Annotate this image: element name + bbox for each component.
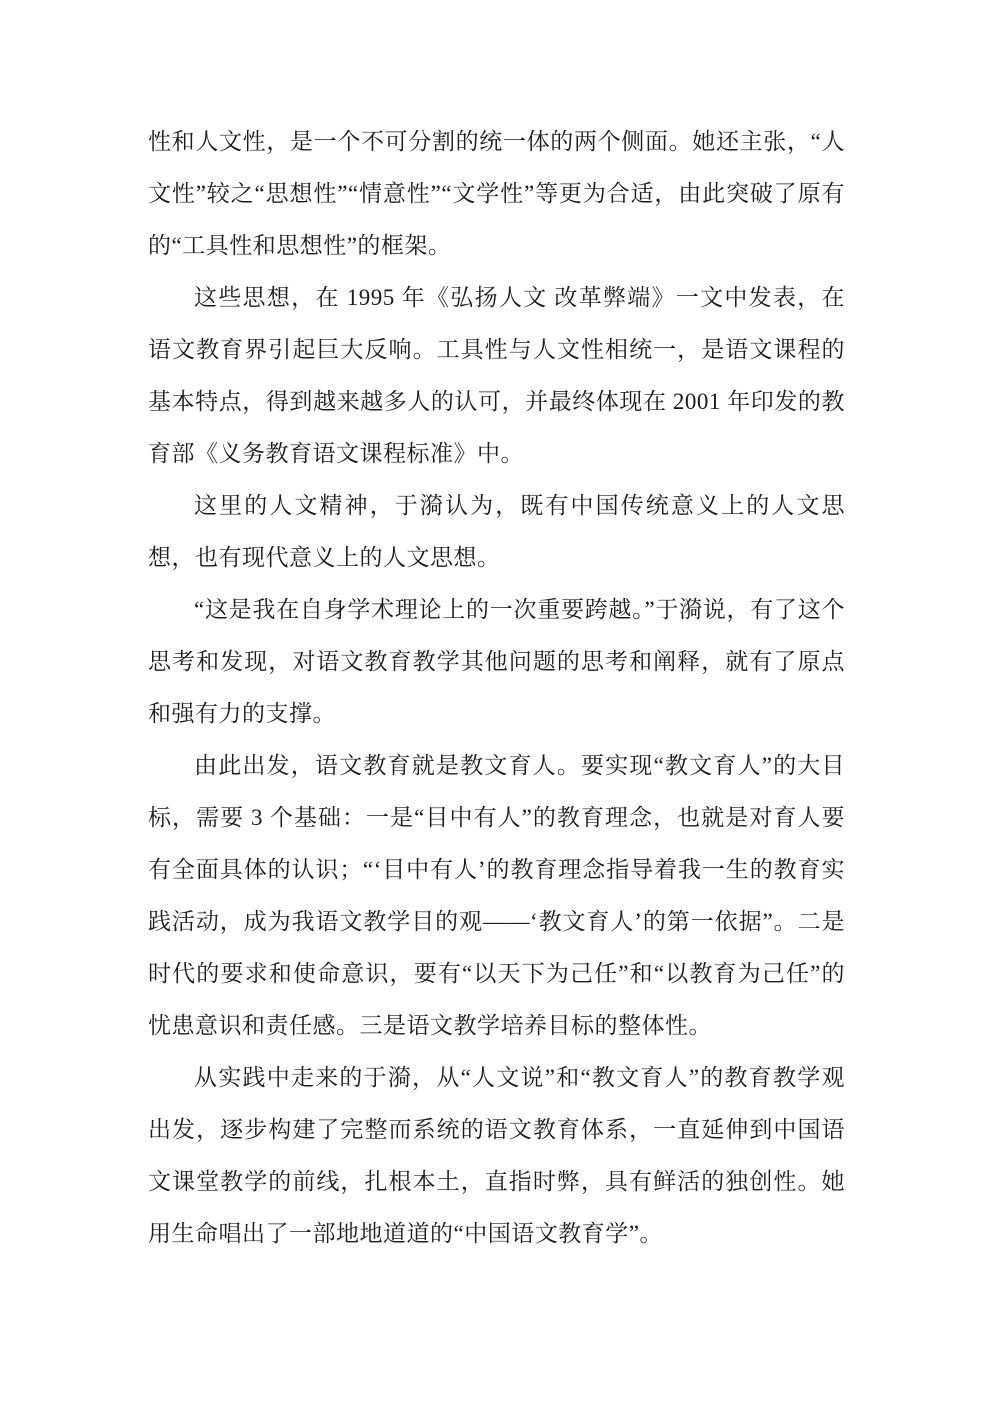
document-page: 性和人文性，是一个不可分割的统一体的两个侧面。她还主张，“人文性”较之“思想性”… bbox=[0, 0, 992, 1403]
paragraph: 这里的人文精神，于漪认为，既有中国传统意义上的人文思想，也有现代意义上的人文思想… bbox=[148, 480, 845, 584]
paragraph: 由此出发，语文教育就是教文育人。要实现“教文育人”的大目标，需要 3 个基础：一… bbox=[148, 740, 845, 1052]
document-body: 性和人文性，是一个不可分割的统一体的两个侧面。她还主张，“人文性”较之“思想性”… bbox=[148, 116, 845, 1260]
paragraph: “这是我在自身学术理论上的一次重要跨越。”于漪说，有了这个思考和发现，对语文教育… bbox=[148, 584, 845, 740]
paragraph: 这些思想，在 1995 年《弘扬人文 改革弊端》一文中发表，在语文教育界引起巨大… bbox=[148, 272, 845, 480]
paragraph: 从实践中走来的于漪，从“人文说”和“教文育人”的教育教学观出发，逐步构建了完整而… bbox=[148, 1052, 845, 1260]
paragraph: 性和人文性，是一个不可分割的统一体的两个侧面。她还主张，“人文性”较之“思想性”… bbox=[148, 116, 845, 272]
